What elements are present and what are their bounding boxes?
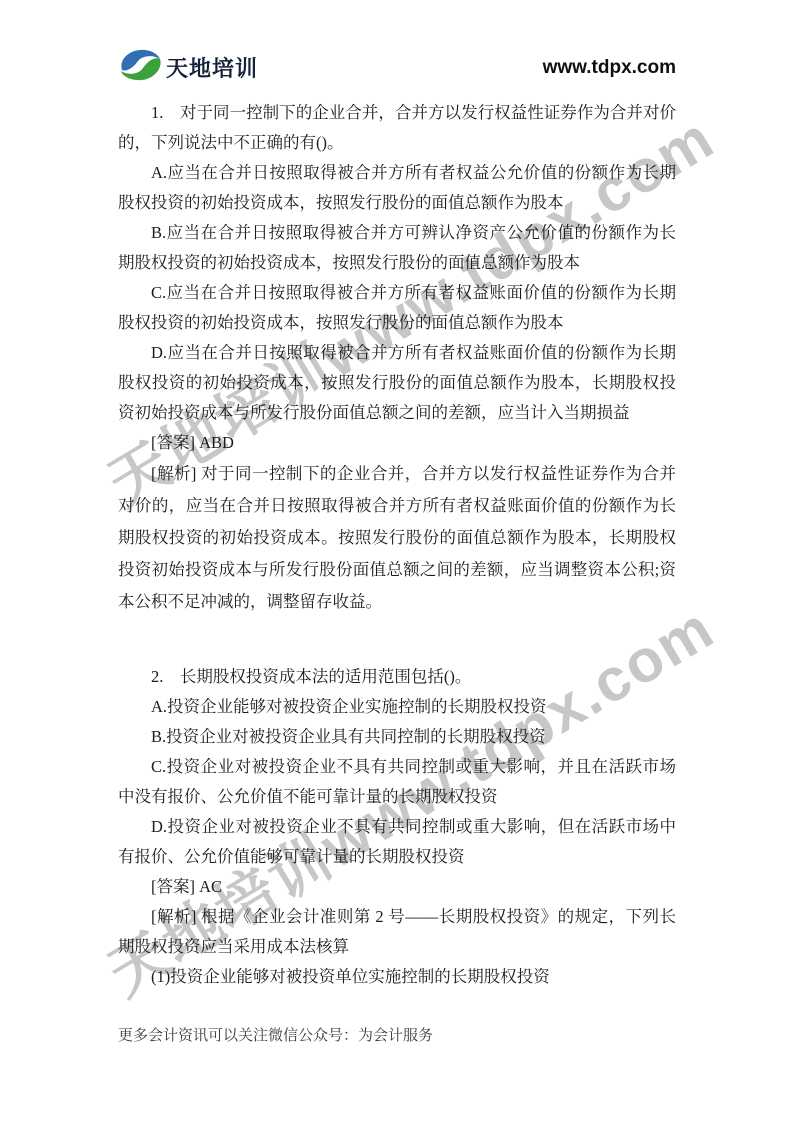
question-1-stem: 1. 对于同一控制下的企业合并，合并方以发行权益性证券作为合并对价的，下列说法中… (118, 98, 676, 158)
question-1-option-b: B.应当在合并日按照取得被合并方可辨认净资产公允价值的份额作为长期股权投资的初始… (118, 218, 676, 278)
question-2-analysis: [解析] 根据《企业会计准则第 2 号——长期股权投资》的规定，下列长期股权投资… (118, 902, 676, 962)
question-1-answer: [答案] ABD (118, 428, 676, 458)
question-2-option-a: A.投资企业能够对被投资企业实施控制的长期股权投资 (118, 692, 676, 722)
question-2-answer: [答案] AC (118, 872, 676, 902)
swirl-logo-icon (118, 46, 162, 89)
question-2-option-c: C.投资企业对被投资企业不具有共同控制或重大影响，并且在活跃市场中没有报价、公允… (118, 752, 676, 812)
question-2-option-d: D.投资企业对被投资企业不具有共同控制或重大影响，但在活跃市场中有报价、公允价值… (118, 812, 676, 872)
document-body: 1. 对于同一控制下的企业合并，合并方以发行权益性证券作为合并对价的，下列说法中… (118, 98, 676, 992)
question-2-option-b: B.投资企业对被投资企业具有共同控制的长期股权投资 (118, 722, 676, 752)
logo: 天地培训 (118, 46, 258, 89)
document-page: 天地培训www.tdpx.com 天地培训www.tdpx.com 天地培训 w… (0, 0, 793, 1122)
question-1-option-c: C.应当在合并日按照取得被合并方所有者权益账面价值的份额作为长期股权投资的初始投… (118, 278, 676, 338)
footer-note: 更多会计资讯可以关注微信公众号：为会计服务 (118, 1026, 433, 1046)
question-1-analysis: [解析] 对于同一控制下的企业合并，合并方以发行权益性证券作为合并对价的，应当在… (118, 458, 676, 618)
question-1-option-a: A.应当在合并日按照取得被合并方所有者权益公允价值的份额作为长期股权投资的初始投… (118, 158, 676, 218)
question-2-analysis-item-1: (1)投资企业能够对被投资单位实施控制的长期股权投资 (118, 962, 676, 992)
logo-text: 天地培训 (166, 52, 258, 83)
question-2: 2. 长期股权投资成本法的适用范围包括()。 A.投资企业能够对被投资企业实施控… (118, 662, 676, 992)
question-1: 1. 对于同一控制下的企业合并，合并方以发行权益性证券作为合并对价的，下列说法中… (118, 98, 676, 618)
page-header: 天地培训 www.tdpx.com (118, 46, 676, 89)
page-footer: 更多会计资讯可以关注微信公众号：为会计服务 (118, 1026, 433, 1046)
question-2-stem: 2. 长期股权投资成本法的适用范围包括()。 (118, 662, 676, 692)
question-1-option-d: D.应当在合并日按照取得被合并方所有者权益账面价值的份额作为长期股权投资的初始投… (118, 338, 676, 428)
site-url: www.tdpx.com (543, 57, 676, 79)
